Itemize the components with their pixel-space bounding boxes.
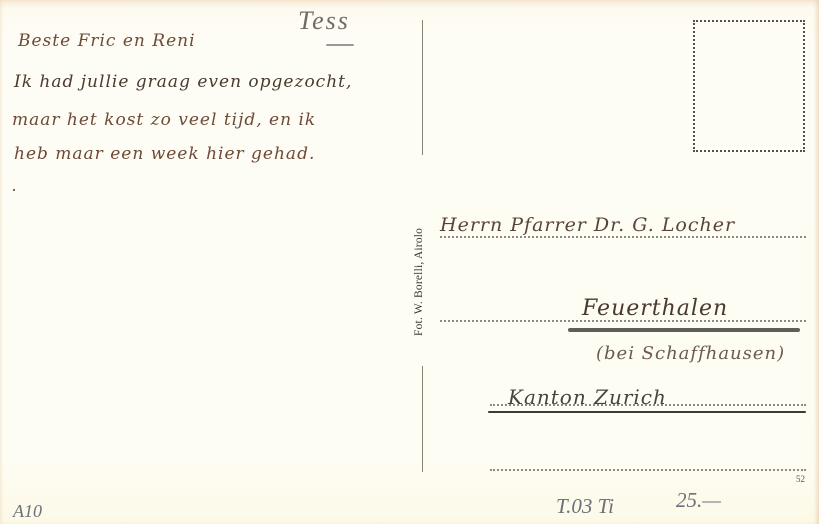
- address-underline-2: [568, 328, 800, 332]
- pencil-note-reference: T.03 Ti: [556, 494, 614, 519]
- ink-dot: [13, 189, 15, 191]
- pencil-note-price: 25.—: [676, 488, 721, 513]
- address-rule-3: [490, 404, 806, 406]
- address-underline-4: [488, 411, 806, 413]
- address-rule-1: [440, 236, 806, 238]
- message-line-2: maar het kost zo veel tijd, en ik: [12, 110, 316, 130]
- divider-top: [422, 20, 423, 155]
- signature: Tess: [298, 6, 350, 36]
- card-number: 52: [796, 474, 805, 484]
- address-line-1: Herrn Pfarrer Dr. G. Locher: [440, 214, 735, 236]
- message-greeting: Beste Fric en Reni: [18, 31, 196, 51]
- address-line-3: (bei Schaffhausen): [596, 343, 785, 364]
- photo-credit: Fot. W. Borelli, Airolo: [413, 228, 425, 336]
- address-rule-4: [490, 469, 806, 471]
- address-line-2: Feuerthalen: [582, 296, 728, 321]
- signature-underline: [326, 44, 354, 46]
- message-line-1: Ik had jullie graag even opgezocht,: [14, 72, 352, 92]
- pencil-note-catalog: A10: [13, 501, 42, 522]
- stamp-box: [693, 20, 805, 152]
- address-rule-2: [440, 320, 806, 322]
- divider-bottom: [422, 366, 423, 472]
- message-line-3: heb maar een week hier gehad.: [14, 144, 315, 164]
- postcard-back: Beste Fric en Reni Tess Ik had jullie gr…: [0, 0, 819, 524]
